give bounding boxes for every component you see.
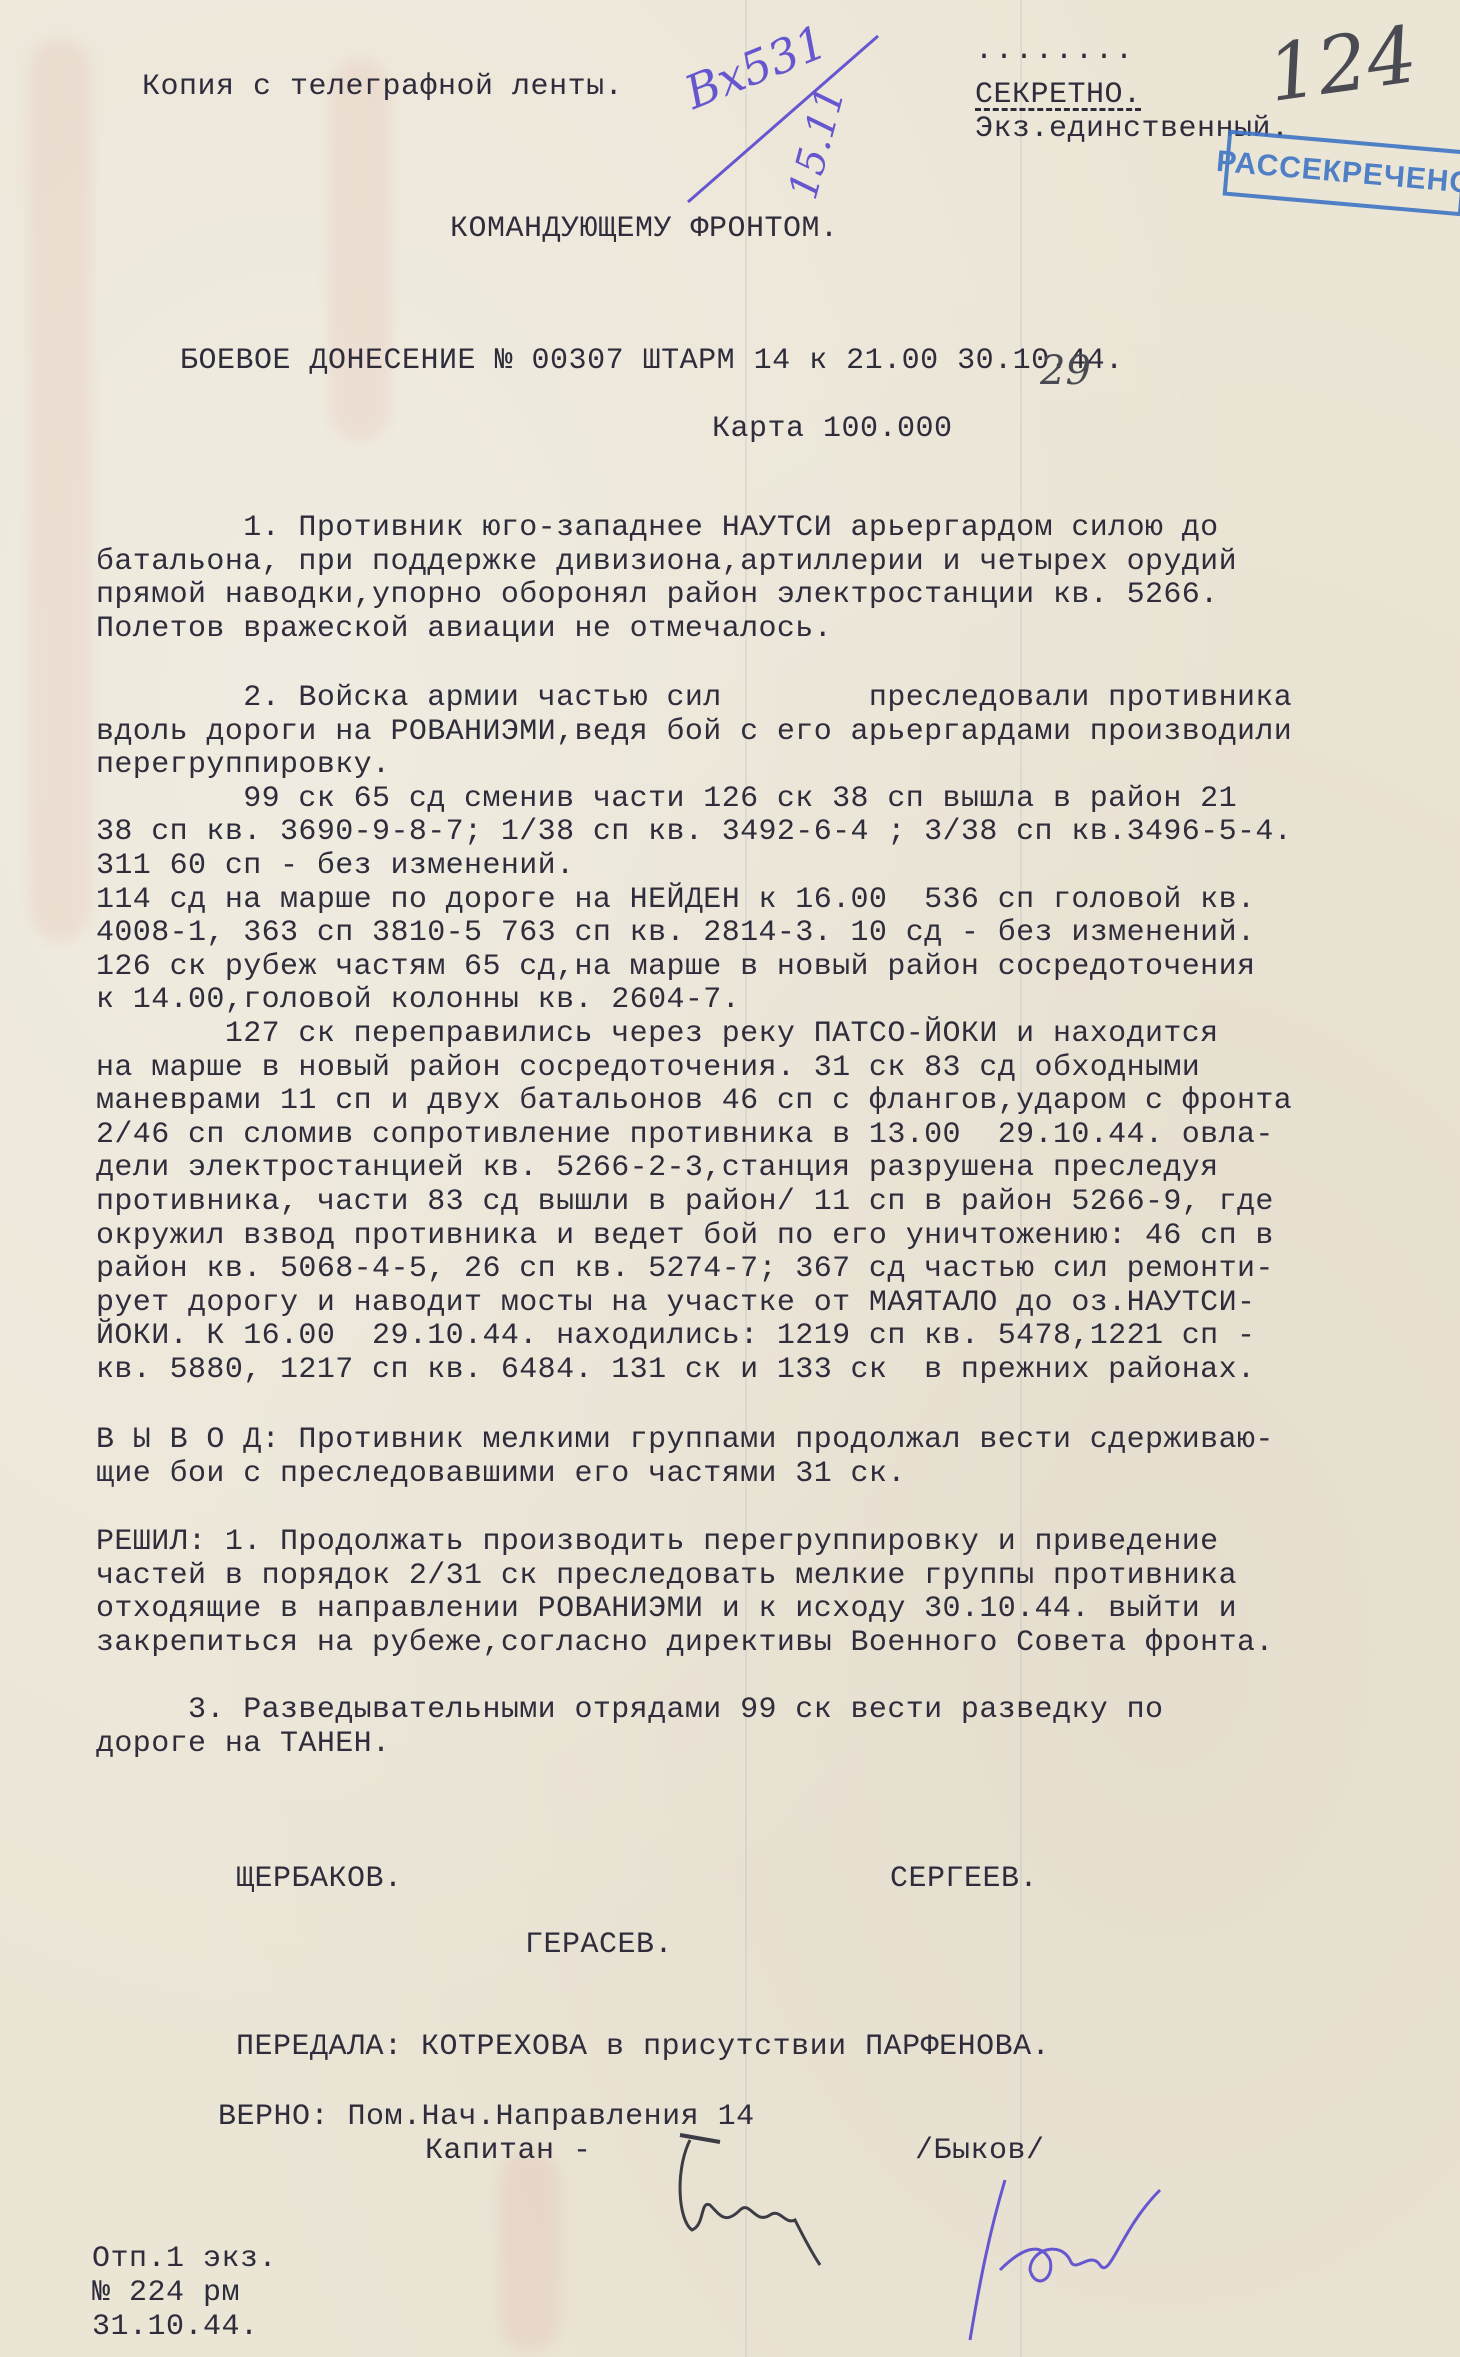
text-line: батальона, при поддержке дивизиона,артил… bbox=[96, 546, 1436, 580]
text-line: дели электростанцией кв. 5266-2-3,станци… bbox=[96, 1152, 1436, 1186]
copy-note: Копия с телеграфной ленты. bbox=[142, 70, 623, 104]
text-line: прямой наводки,упорно оборонял район эле… bbox=[96, 579, 1436, 613]
conclusion-section: В Ы В О Д: Противник мелкими группами пр… bbox=[96, 1424, 1436, 1491]
text-line: 114 сд на марше по дороге на НЕЙДЕН к 16… bbox=[96, 884, 1436, 918]
text-line: 99 ск 65 сд сменив части 126 ск 38 сп вы… bbox=[96, 783, 1436, 817]
text-line: Полетов вражеской авиации не отмечалось. bbox=[96, 613, 1436, 647]
text-line: РЕШИЛ: 1. Продолжать производить перегру… bbox=[96, 1526, 1436, 1560]
text-line: противника, части 83 сд вышли в район/ 1… bbox=[96, 1186, 1436, 1220]
certified-name: /Быков/ bbox=[915, 2134, 1045, 2168]
addressee: КОМАНДУЮЩЕМУ ФРОНТОМ. bbox=[450, 212, 839, 246]
text-line: район кв. 5068-4-5, 26 сп кв. 5274-7; 36… bbox=[96, 1253, 1436, 1287]
text-line: 127 ск переправились через реку ПАТСО-ЙО… bbox=[96, 1018, 1436, 1052]
paragraph-2: 2. Войска армии частью сил преследовали … bbox=[96, 682, 1436, 1387]
text-line: кв. 5880, 1217 сп кв. 6484. 131 ск и 133… bbox=[96, 1354, 1436, 1388]
text-line: частей в порядок 2/31 ск преследовать ме… bbox=[96, 1560, 1436, 1594]
text-line: В Ы В О Д: Противник мелкими группами пр… bbox=[96, 1424, 1436, 1458]
text-line: закрепиться на рубеже,согласно директивы… bbox=[96, 1627, 1436, 1661]
text-line: 4008-1, 363 сп 3810-5 763 сп кв. 2814-3.… bbox=[96, 917, 1436, 951]
text-line: 2/46 сп сломив сопротивление противника … bbox=[96, 1119, 1436, 1153]
footer-copies: Отп.1 экз. bbox=[92, 2242, 277, 2276]
map-scale: Карта 100.000 bbox=[712, 412, 953, 446]
text-line: окружил взвод противника и ведет бой по … bbox=[96, 1220, 1436, 1254]
text-line: вдоль дороги на РОВАНИЭМИ,ведя бой с его… bbox=[96, 716, 1436, 750]
handwritten-slash-mark bbox=[680, 30, 880, 210]
decision-section: РЕШИЛ: 1. Продолжать производить перегру… bbox=[96, 1526, 1436, 1660]
text-line: на марше в новый район сосредоточения. 3… bbox=[96, 1052, 1436, 1086]
text-line: 38 сп кв. 3690-9-8-7; 1/38 сп кв. 3492-6… bbox=[96, 816, 1436, 850]
text-line: щие бои с преследовавшими его частями 31… bbox=[96, 1458, 1436, 1492]
text-line: 2. Войска армии частью сил преследовали … bbox=[96, 682, 1436, 716]
signature-name-left: ЩЕРБАКОВ. bbox=[236, 1862, 403, 1896]
text-line: 311 60 сп - без изменений. bbox=[96, 850, 1436, 884]
transmitted-by: ПЕРЕДАЛА: КОТРЕХОВА в присутствии ПАРФЕН… bbox=[236, 2030, 1050, 2064]
signature-name-right: СЕРГЕЕВ. bbox=[890, 1862, 1038, 1896]
text-line: 1. Противник юго-западнее НАУТСИ арьерга… bbox=[96, 512, 1436, 546]
text-line: дороге на ТАНЕН. bbox=[96, 1728, 1436, 1762]
text-line: маневрами 11 сп и двух батальонов 46 сп … bbox=[96, 1085, 1436, 1119]
certified-rank: Капитан - bbox=[425, 2134, 592, 2168]
text-line: перегруппировку. bbox=[96, 749, 1436, 783]
text-line: отходящие в направлении РОВАНИЭМИ и к ис… bbox=[96, 1593, 1436, 1627]
signature-name-center: ГЕРАСЕВ. bbox=[525, 1928, 673, 1962]
header-dots: ........ bbox=[975, 34, 1135, 68]
text-line: к 14.00,головой колонны кв. 2604-7. bbox=[96, 984, 1436, 1018]
paragraph-1: 1. Противник юго-западнее НАУТСИ арьерга… bbox=[96, 512, 1436, 646]
text-line: рует дорогу и наводит мосты на участке о… bbox=[96, 1287, 1436, 1321]
text-line: 126 ск рубеж частям 65 сд,на марше в нов… bbox=[96, 951, 1436, 985]
handwritten-date-correction: 29 bbox=[1040, 348, 1091, 394]
handwritten-signature-violet bbox=[960, 2170, 1220, 2350]
paragraph-3: 3. Разведывательными отрядами 99 ск вест… bbox=[96, 1694, 1436, 1761]
ink-bleed-mark bbox=[30, 40, 90, 940]
classification-secret: СЕКРЕТНО. bbox=[975, 78, 1142, 112]
text-line: 3. Разведывательными отрядами 99 ск вест… bbox=[96, 1694, 1436, 1728]
certified-line: ВЕРНО: Пом.Нач.Направления 14 bbox=[218, 2100, 755, 2134]
handwritten-signature-graphite bbox=[670, 2130, 910, 2280]
footer-date: 31.10.44. bbox=[92, 2310, 259, 2344]
report-title: БОЕВОЕ ДОНЕСЕНИЕ № 00307 ШТАРМ 14 к 21.0… bbox=[180, 344, 1124, 378]
ink-bleed-mark bbox=[500, 2150, 560, 2350]
text-line: ЙОКИ. К 16.00 29.10.44. находились: 1219… bbox=[96, 1320, 1436, 1354]
footer-reg-number: № 224 рм bbox=[92, 2276, 240, 2310]
ink-bleed-mark bbox=[330, 60, 390, 440]
